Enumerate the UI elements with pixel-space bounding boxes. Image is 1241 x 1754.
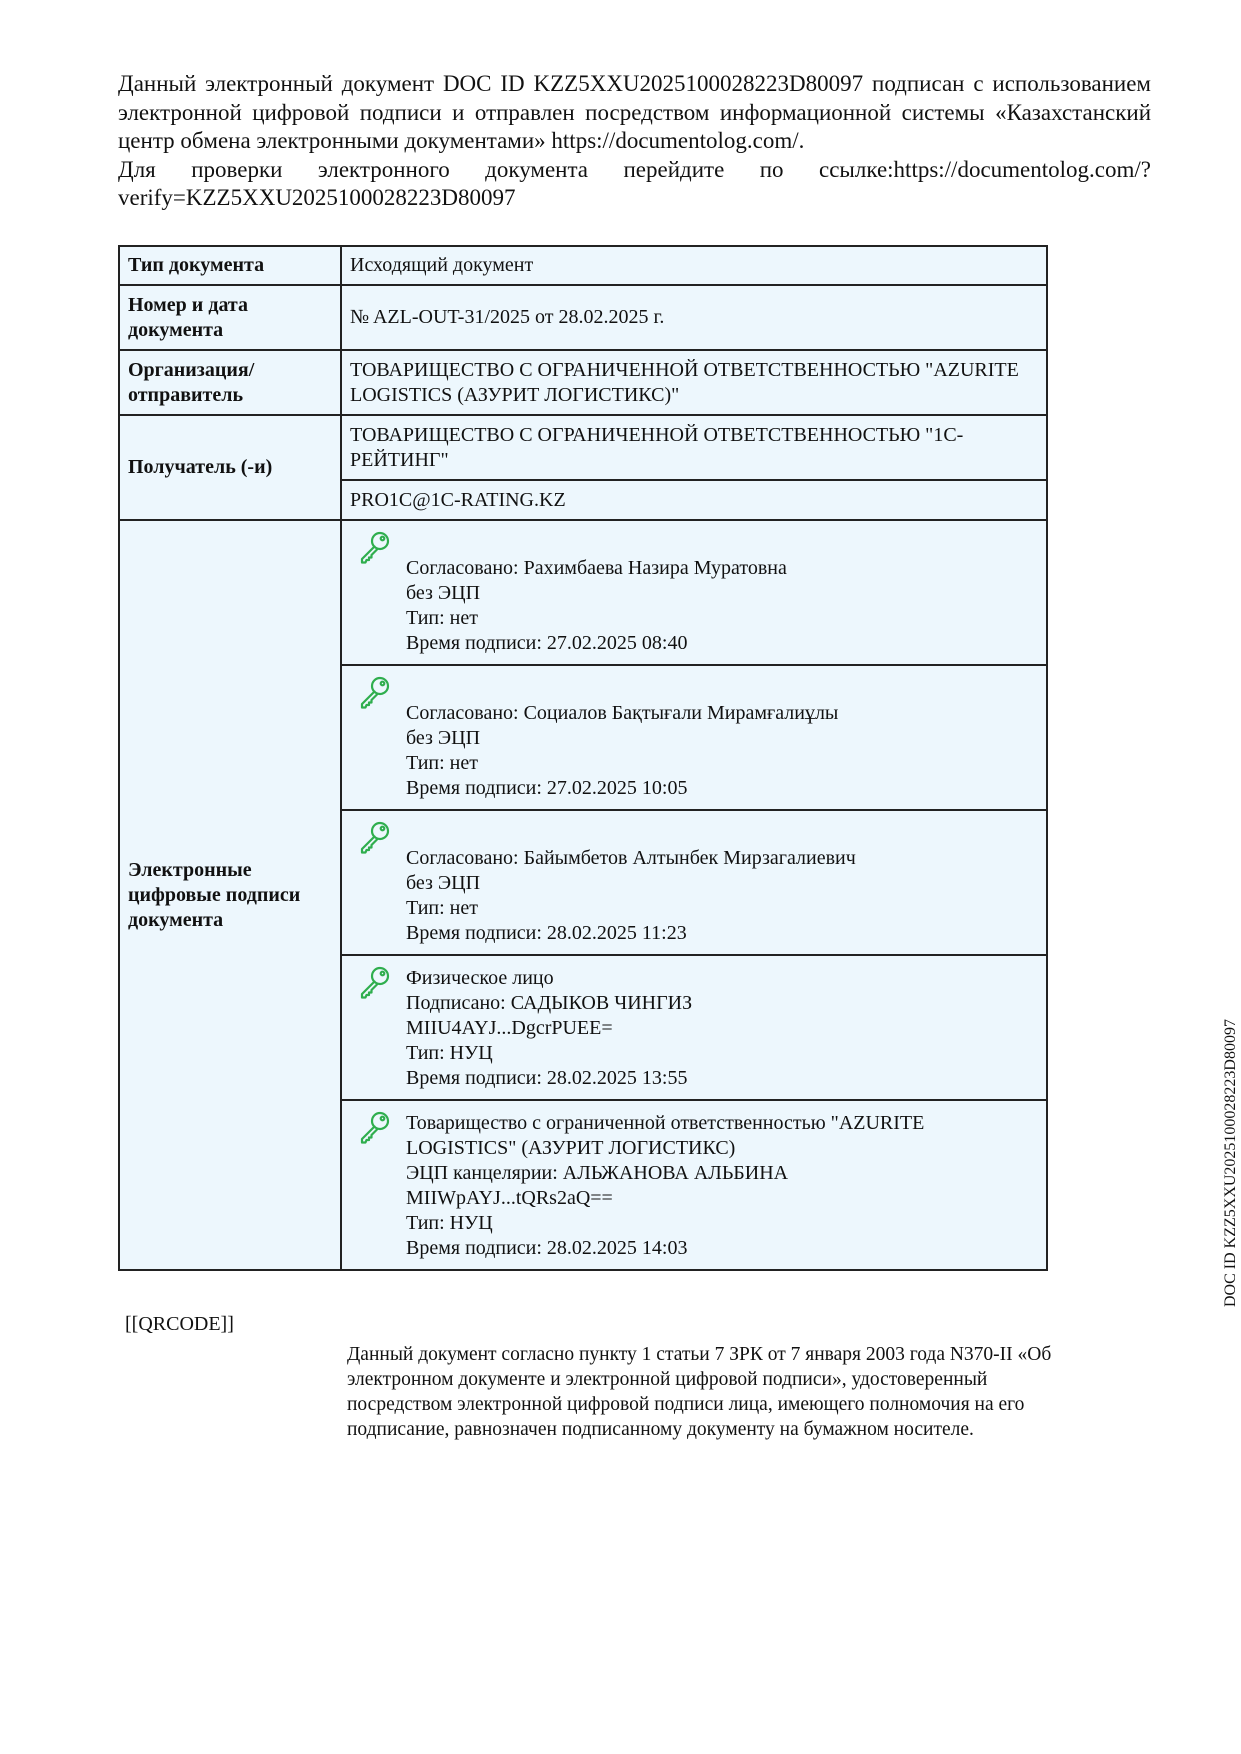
signature-line: Время подписи: 27.02.2025 08:40 xyxy=(406,631,1030,656)
key-icon xyxy=(358,531,390,565)
signature-line: Время подписи: 28.02.2025 11:23 xyxy=(406,921,1030,946)
legal-notice: Данный документ согласно пункту 1 статьи… xyxy=(347,1342,1067,1442)
qr-code-placeholder: [[QRCODE]] xyxy=(125,1312,234,1337)
intro-block: Данный электронный документ DOC ID KZZ5X… xyxy=(118,70,1151,213)
sender-value: ТОВАРИЩЕСТВО С ОГРАНИЧЕННОЙ ОТВЕТСТВЕННО… xyxy=(341,350,1047,415)
signature-line: Тип: НУЦ xyxy=(406,1211,1030,1236)
intro-paragraph-verify: Для проверки электронного документа пере… xyxy=(118,156,1151,213)
signature-line: без ЭЦП xyxy=(406,581,1030,606)
signature-line: без ЭЦП xyxy=(406,726,1030,751)
sender-label: Организация/ отправитель xyxy=(119,350,341,415)
number-date-label: Номер и дата документа xyxy=(119,285,341,350)
signature-line: Согласовано: Байымбетов Алтынбек Мирзага… xyxy=(406,846,1030,871)
signature-entry: Согласовано: Байымбетов Алтынбек Мирзага… xyxy=(341,810,1047,955)
signature-entry: Товарищество с ограниченной ответственно… xyxy=(341,1100,1047,1270)
document-info-table: Тип документа Исходящий документ Номер и… xyxy=(118,245,1048,1271)
side-doc-id: DOC ID KZZ5XXU2025100028223D80097 xyxy=(1221,1019,1241,1307)
signature-line: Тип: нет xyxy=(406,606,1030,631)
row-number-date: Номер и дата документа № AZL-OUT-31/2025… xyxy=(119,285,1047,350)
recipient-email: PRO1C@1C-RATING.KZ xyxy=(341,480,1047,520)
recipients-label: Получатель (-и) xyxy=(119,415,341,520)
signature-line: Физическое лицо xyxy=(406,966,1030,991)
row-sender: Организация/ отправитель ТОВАРИЩЕСТВО С … xyxy=(119,350,1047,415)
signature-line: Согласовано: Рахимбаева Назира Муратовна xyxy=(406,556,1030,581)
row-doc-type: Тип документа Исходящий документ xyxy=(119,246,1047,285)
doc-type-label: Тип документа xyxy=(119,246,341,285)
signature-entry: Согласовано: Рахимбаева Назира Муратовна… xyxy=(341,520,1047,665)
key-icon xyxy=(358,821,390,855)
signature-entry: Физическое лицоПодписано: САДЫКОВ ЧИНГИЗ… xyxy=(341,955,1047,1100)
doc-type-value: Исходящий документ xyxy=(341,246,1047,285)
signature-line: без ЭЦП xyxy=(406,871,1030,896)
number-date-value: № AZL-OUT-31/2025 от 28.02.2025 г. xyxy=(341,285,1047,350)
signature-line: Товарищество с ограниченной ответственно… xyxy=(406,1111,1030,1161)
signature-line: Тип: нет xyxy=(406,751,1030,776)
key-icon xyxy=(358,1111,390,1145)
recipient-org: ТОВАРИЩЕСТВО С ОГРАНИЧЕННОЙ ОТВЕТСТВЕННО… xyxy=(341,415,1047,480)
signature-line: Тип: нет xyxy=(406,896,1030,921)
signature-row: Электронные цифровые подписи документа С… xyxy=(119,520,1047,665)
signature-line: Время подписи: 28.02.2025 14:03 xyxy=(406,1236,1030,1261)
signature-line: Согласовано: Социалов Бақтығали Мирамғал… xyxy=(406,701,1030,726)
key-icon xyxy=(358,676,390,710)
signature-line: Время подписи: 27.02.2025 10:05 xyxy=(406,776,1030,801)
signature-line: ЭЦП канцелярии: АЛЬЖАНОВА АЛЬБИНА xyxy=(406,1161,1030,1186)
signature-entry: Согласовано: Социалов Бақтығали Мирамғал… xyxy=(341,665,1047,810)
signature-line: Время подписи: 28.02.2025 13:55 xyxy=(406,1066,1030,1091)
intro-paragraph-signed: Данный электронный документ DOC ID KZZ5X… xyxy=(118,70,1151,156)
key-icon xyxy=(358,966,390,1000)
signatures-label: Электронные цифровые подписи документа xyxy=(119,520,341,1270)
signature-line: MIIU4AYJ...DgcrPUEE= xyxy=(406,1016,1030,1041)
row-recipient: Получатель (-и) ТОВАРИЩЕСТВО С ОГРАНИЧЕН… xyxy=(119,415,1047,480)
signature-line: Подписано: САДЫКОВ ЧИНГИЗ xyxy=(406,991,1030,1016)
signature-line: Тип: НУЦ xyxy=(406,1041,1030,1066)
signature-line: MIIWpAYJ...tQRs2aQ== xyxy=(406,1186,1030,1211)
